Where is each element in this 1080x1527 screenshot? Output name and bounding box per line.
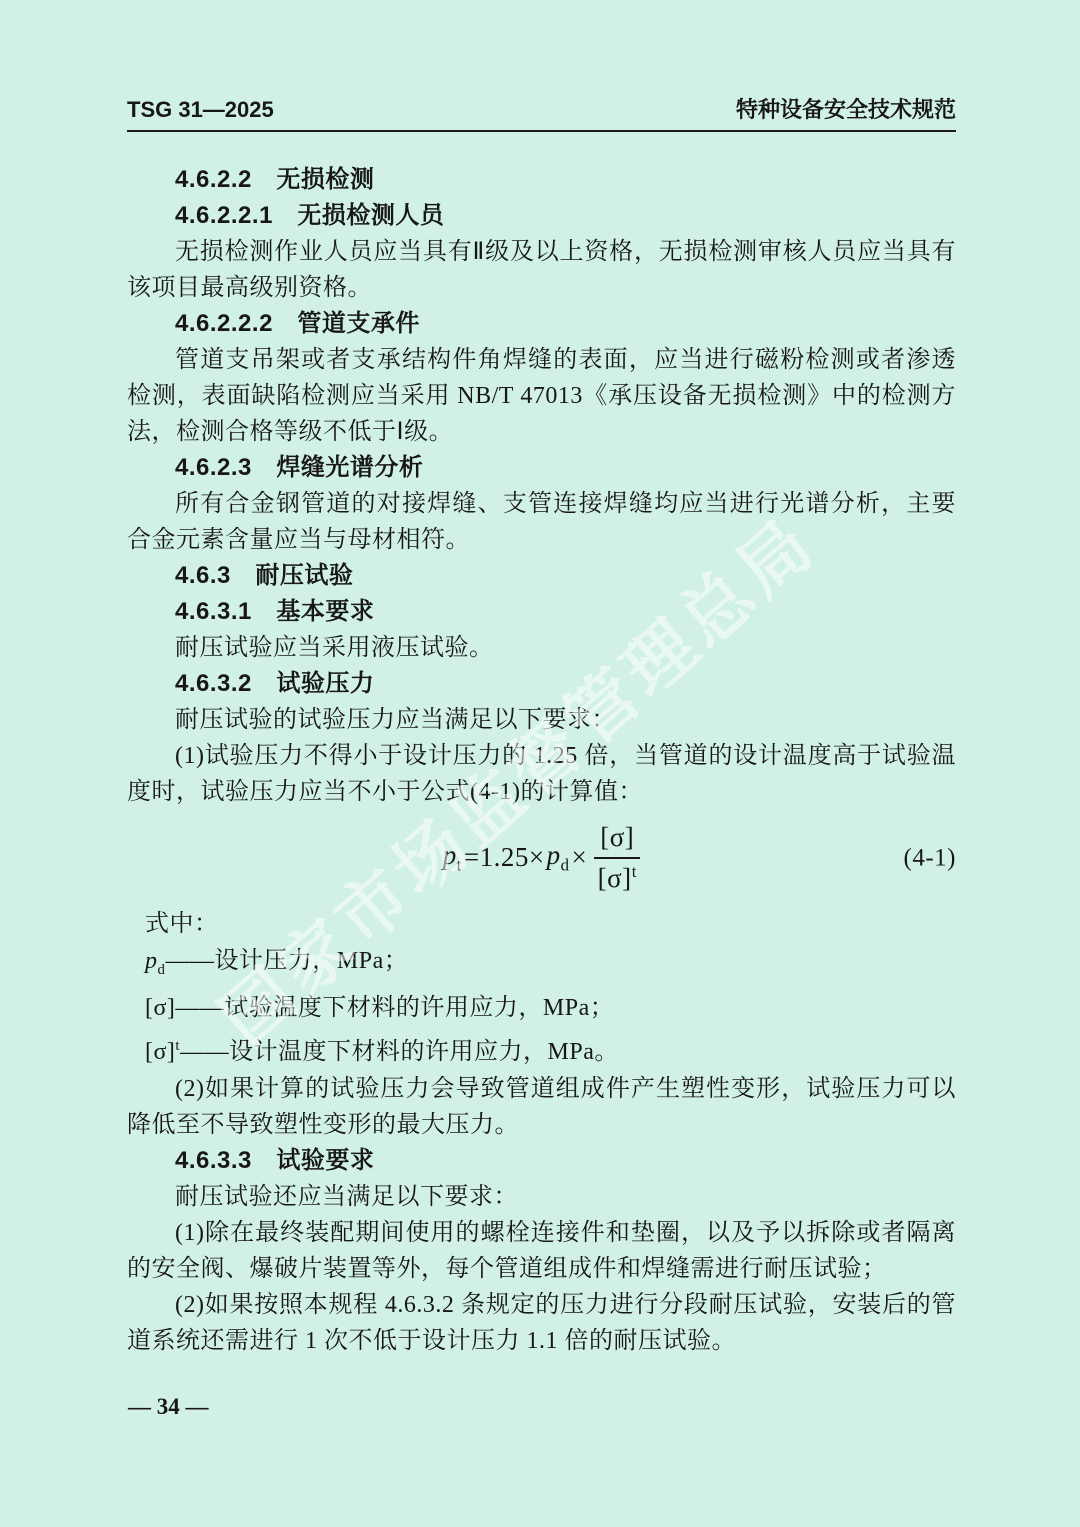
definition-symbol: pd xyxy=(145,948,165,974)
paragraph: 耐压试验还应当满足以下要求： xyxy=(127,1179,956,1215)
document-page: 国家市场监督管理总局 TSG 31—2025 特种设备安全技术规范 4.6.2.… xyxy=(0,0,1080,1527)
header-doc-title: 特种设备安全技术规范 xyxy=(736,98,956,122)
paragraph: (2)如果按照本规程 4.6.3.2 条规定的压力进行分段耐压试验，安装后的管道… xyxy=(127,1287,956,1359)
paragraph: 耐压试验的试验压力应当满足以下要求： xyxy=(127,702,956,738)
formula-pt: p xyxy=(443,840,457,870)
paragraph: 无损检测作业人员应当具有Ⅱ级及以上资格，无损检测审核人员应当具有该项目最高级别资… xyxy=(127,234,956,306)
paragraph: (1)试验压力不得小于设计压力的 1.25 倍，当管道的设计温度高于试验温度时，… xyxy=(127,738,956,810)
header-doc-code: TSG 31—2025 xyxy=(127,98,274,122)
definition-item: pd——设计压力，MPa； xyxy=(127,942,956,989)
definition-dash: —— xyxy=(175,995,224,1021)
section-heading: 4.6.3.2 试验压力 xyxy=(127,666,956,702)
formula-lhs: pt xyxy=(443,841,462,875)
fraction-denominator: [σ]t xyxy=(594,859,640,894)
paragraph: (1)除在最终装配期间使用的螺栓连接件和垫圈，以及予以拆除或者隔离的安全阀、爆破… xyxy=(127,1215,956,1287)
definition-dash: —— xyxy=(165,948,214,974)
formula-times: × xyxy=(571,843,587,873)
denominator-sup: t xyxy=(632,862,637,881)
page-footer: — 34 — xyxy=(128,1394,209,1420)
definition-text: 试验温度下材料的许用应力，MPa； xyxy=(224,995,614,1021)
formula-pd-base: p xyxy=(547,840,561,870)
definition-text: 设计压力，MPa； xyxy=(214,948,408,974)
section-heading: 4.6.2.3 焊缝光谱分析 xyxy=(127,450,956,486)
symbol-base: [σ] xyxy=(145,1039,175,1065)
paragraph: 管道支吊架或者支承结构件角焊缝的表面，应当进行磁粉检测或者渗透检测，表面缺陷检测… xyxy=(127,342,956,450)
definition-item: [σ]t——设计温度下材料的许用应力，MPa。 xyxy=(127,1027,956,1071)
formula-pd-sub: d xyxy=(561,855,570,874)
definition-text: 设计温度下材料的许用应力，MPa。 xyxy=(229,1039,619,1065)
paragraph: (2)如果计算的试验压力会导致管道组成件产生塑性变形，试验压力可以降低至不导致塑… xyxy=(127,1071,956,1143)
section-heading: 4.6.3 耐压试验 xyxy=(127,558,956,594)
formula-expression: pt=1.25×pd×[σ][σ]t xyxy=(443,823,641,893)
symbol-base: p xyxy=(145,948,158,974)
definitions-lead: 式中： xyxy=(127,906,956,942)
section-heading: 4.6.2.2.2 管道支承件 xyxy=(127,306,956,342)
section-heading: 4.6.3.3 试验要求 xyxy=(127,1143,956,1179)
definition-symbol: [σ] xyxy=(145,995,175,1021)
formula-pt-sub: t xyxy=(457,855,462,874)
definition-item: [σ]——试验温度下材料的许用应力，MPa； xyxy=(127,989,956,1027)
formula-pd: pd xyxy=(547,841,570,875)
formula-fraction: [σ][σ]t xyxy=(594,823,640,893)
definition-symbol: [σ]t xyxy=(145,1039,180,1065)
formula-4-1: pt=1.25×pd×[σ][σ]t(4-1) xyxy=(127,810,956,906)
paragraph: 耐压试验应当采用液压试验。 xyxy=(127,630,956,666)
page-header: TSG 31—2025 特种设备安全技术规范 xyxy=(127,98,956,122)
paragraph: 所有合金钢管道的对接焊缝、支管连接焊缝均应当进行光谱分析，主要合金元素含量应当与… xyxy=(127,486,956,558)
header-rule xyxy=(127,130,956,132)
formula-coefficient: =1.25× xyxy=(464,843,545,873)
fraction-numerator: [σ] xyxy=(594,823,640,859)
section-heading: 4.6.3.1 基本要求 xyxy=(127,594,956,630)
definition-dash: —— xyxy=(180,1039,229,1065)
denominator-base: [σ] xyxy=(598,863,632,893)
section-heading: 4.6.2.2 无损检测 xyxy=(127,162,956,198)
page-number: — 34 — xyxy=(128,1394,209,1419)
document-body: 4.6.2.2 无损检测4.6.2.2.1 无损检测人员无损检测作业人员应当具有… xyxy=(127,162,956,1359)
symbol-base: [σ] xyxy=(145,995,175,1021)
section-heading: 4.6.2.2.1 无损检测人员 xyxy=(127,198,956,234)
formula-number: (4-1) xyxy=(904,844,956,872)
